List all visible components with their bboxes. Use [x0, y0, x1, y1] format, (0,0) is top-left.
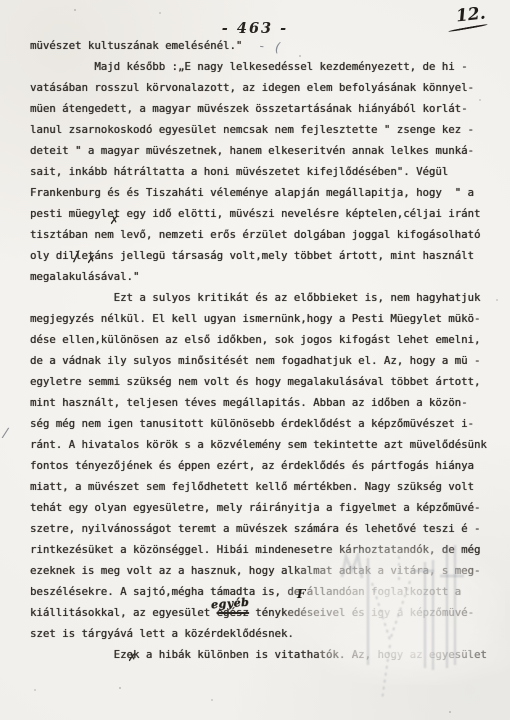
typed-text: müvészet kultuszának emelésénél." Majd k…: [30, 35, 487, 665]
handwritten-insert-word: egyéb: [210, 592, 250, 616]
text-line: megalakulásával.": [30, 266, 487, 287]
text-line: müen átengedett, a magyar müvészek össze…: [30, 98, 487, 119]
text-line: ség még nem igen tanusitott különösebb é…: [30, 413, 487, 434]
text-line: kiállitásokkal, az egyesület egészegyéb …: [30, 602, 487, 623]
text-line: fontos tényezőjének és éppen ezért, az é…: [30, 455, 487, 476]
text-line: deteit " a magyar müvészetnek, hanem elk…: [30, 140, 487, 161]
text-line: szet is tárgyává lett a közérdeklődésnek…: [30, 623, 487, 644]
page-number: - 463 -: [0, 20, 510, 37]
text-line: szetre, nyilvánosságot teremt a müvészek…: [30, 518, 487, 539]
text-line: miatt, a müvészet sem fejlődhetett kellő…: [30, 476, 487, 497]
text-line: Majd később :„E nagy lelkesedéssel kezde…: [30, 56, 487, 77]
text-line: rintkezésüket a közönséggel. Hibái minde…: [30, 539, 487, 560]
text-line: beszélésekre. A sajtó,mégha támadta is, …: [30, 581, 487, 602]
text-line: pesti müegylet egy idő elötti, müvészi n…: [30, 203, 487, 224]
text-line: de a vádnak ily sulyos minősitését nem f…: [30, 350, 487, 371]
text-line: vatásában rosszul körvonalazott, az ideg…: [30, 77, 487, 98]
text-line: tisztában nem levő, nemzeti erős érzület…: [30, 224, 487, 245]
text-line: ránt. A hivatalos körök s a közvélemény …: [30, 434, 487, 455]
text-line: Frankenburg és és Tiszaháti véleménye al…: [30, 182, 487, 203]
text-line: Ezek a hibák különben is vitathatók. Az,…: [30, 644, 487, 665]
text-line: oly dilletáns jellegü társaság volt,mely…: [30, 245, 487, 266]
margin-slash-mark: /: [1, 427, 10, 441]
text-line: egyletre semmi szükség nem volt és hogy …: [30, 371, 487, 392]
struck-word: egészegyéb: [217, 606, 249, 619]
text-line: Ezt a sulyos kritikát és az előbbieket i…: [30, 287, 487, 308]
text-line: tehát egy olyan egyesületre, mely ráirán…: [30, 497, 487, 518]
text-line: mint használt, teljesen téves megállapit…: [30, 392, 487, 413]
text-line: müvészet kultuszának emelésénél.": [30, 35, 487, 56]
text-line: lanul zsarnokoskodó egyesület nemcsak ne…: [30, 119, 487, 140]
text-line: dése ellen,különösen az első időkben, so…: [30, 329, 487, 350]
text-line: sait, inkább hátráltatta a honi müvészet…: [30, 161, 487, 182]
text-line: megjegyzés nélkül. El kell ugyan ismernü…: [30, 308, 487, 329]
text-line: ezeknek is meg volt az a hasznuk, hogy a…: [30, 560, 487, 581]
scanned-document-page: 12. - 463 - müvészet kultuszának emelésé…: [0, 0, 510, 720]
